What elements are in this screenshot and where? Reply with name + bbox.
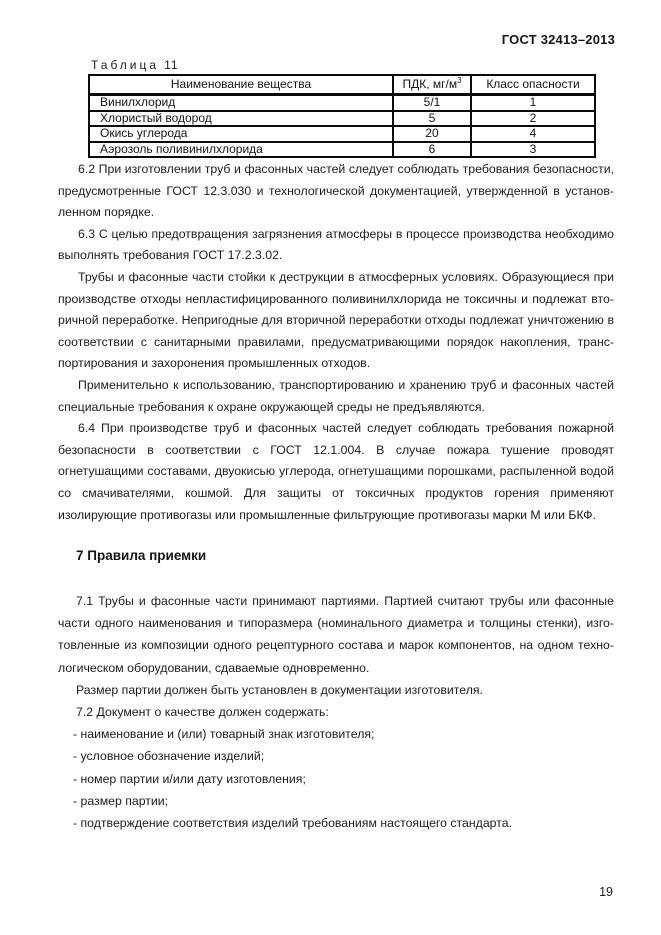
page-number: 19 [599, 885, 613, 899]
paragraph-environment-requirements: Применительно к использованию, транспорт… [58, 375, 614, 418]
pdk-superscript: 3 [457, 76, 461, 85]
paragraph-6-2: 6.2 При изготовлении труб и фасонных час… [58, 159, 614, 224]
cell-substance-name: Окись углерода [89, 126, 393, 142]
paragraph-7-2: 7.2 Документ о качестве должен содержать… [58, 701, 614, 723]
cell-pdk-value: 5/1 [393, 95, 471, 111]
document-page: ГОСТ 32413–2013 Таблица11 Наименование в… [0, 0, 661, 935]
column-header-pdk: ПДК, мг/м3 [393, 75, 471, 95]
cell-pdk-value: 5 [393, 111, 471, 127]
table-head: Наименование вещества ПДК, мг/м3 Класс о… [89, 75, 595, 95]
section-7-heading: 7 Правила приемки [58, 545, 614, 567]
cell-hazard-class: 2 [471, 111, 595, 127]
paragraph-batch-size: Размер партии должен быть установлен в д… [58, 679, 614, 701]
list-item-product-designation: - условное обозначение изделий; [58, 745, 614, 767]
cell-hazard-class: 3 [471, 142, 595, 158]
cell-hazard-class: 4 [471, 126, 595, 142]
paragraph-6-3: 6.3 С целью предотвращения загрязнения а… [58, 224, 614, 267]
cell-substance-name: Винилхлорид [89, 95, 393, 111]
list-item-batch-number-date: - номер партии и/или дату изготовления; [58, 768, 614, 790]
cell-substance-name: Аэрозоль поливинилхлорида [89, 142, 393, 158]
cell-pdk-value: 20 [393, 126, 471, 142]
list-item-conformity-confirmation: - подтверждение соответствия изделий тре… [58, 812, 614, 834]
table-caption-number: 11 [164, 58, 178, 72]
table-caption: Таблица11 [91, 58, 179, 72]
section-7-acceptance-rules: 7 Правила приемки 7.1 Трубы и фасонные ч… [58, 545, 614, 834]
cell-substance-name: Хлористый водород [89, 111, 393, 127]
paragraph-waste-recycling: Трубы и фасонные части стойки к деструкц… [58, 267, 614, 375]
cell-hazard-class: 1 [471, 95, 595, 111]
table-caption-label: Таблица [91, 58, 159, 72]
list-item-batch-size: - размер партии; [58, 790, 614, 812]
pdk-label: ПДК, мг/м [402, 77, 457, 91]
table-header-row: Наименование вещества ПДК, мг/м3 Класс о… [89, 75, 595, 95]
table-row-pvc-aerosol: Аэрозоль поливинилхлорида 6 3 [89, 142, 595, 158]
column-header-hazard-class: Класс опасности [471, 75, 595, 95]
table-row-carbon-monoxide: Окись углерода 20 4 [89, 126, 595, 142]
list-item-manufacturer-name: - наименование и (или) товарный знак изг… [58, 723, 614, 745]
table-body: Винилхлорид 5/1 1 Хлористый водород 5 2 … [89, 95, 595, 158]
paragraph-6-4: 6.4 При производстве труб и фасонных час… [58, 418, 614, 526]
hazardous-substances-table: Наименование вещества ПДК, мг/м3 Класс о… [88, 74, 596, 158]
section-6-safety-requirements: 6.2 При изготовлении труб и фасонных час… [58, 159, 614, 526]
column-header-substance-name: Наименование вещества [89, 75, 393, 95]
paragraph-7-1: 7.1 Трубы и фасонные части принимают пар… [58, 590, 614, 679]
table-row-vinyl-chloride: Винилхлорид 5/1 1 [89, 95, 595, 111]
standard-code-header: ГОСТ 32413–2013 [502, 32, 615, 47]
table-row-hydrogen-chloride: Хлористый водород 5 2 [89, 111, 595, 127]
cell-pdk-value: 6 [393, 142, 471, 158]
